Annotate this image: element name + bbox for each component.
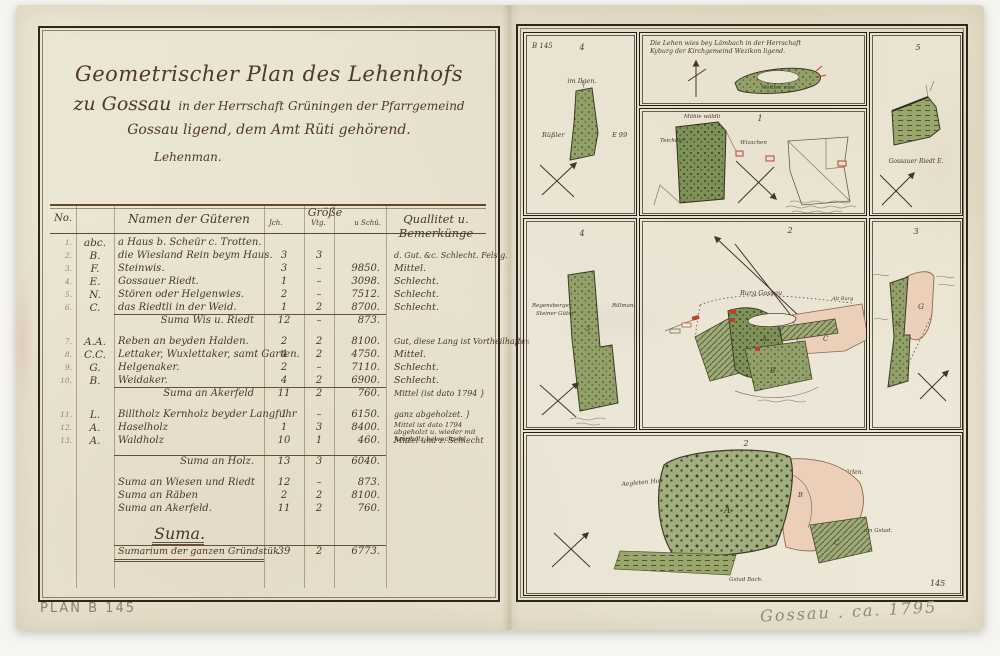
table-row: Suma an Akerfeld. 11 2 760.	[50, 503, 486, 516]
map-panel-gossauer-riedt: 5 Gossauer Riedt E.	[869, 32, 963, 216]
row-schuh: 6773.	[334, 546, 386, 562]
panel-number: 5	[915, 43, 920, 52]
parcel-letter: 5	[586, 325, 591, 333]
panel-title-line-1: Die Lehen wies bey Lämbach in der Herrsc…	[649, 40, 801, 47]
right-neighbour-label: E 99	[611, 131, 627, 139]
ilgen-map: B 145 4 im Ilgen. Rüßler E 99	[524, 33, 636, 215]
row-parcel-name: Suma an Räben	[114, 490, 264, 503]
left-neighbour-label-1: Regensberger	[531, 303, 572, 309]
map-panel-gh-parcels: 3 G H	[869, 218, 963, 430]
strip-parcel-map: 4 5 Regensberger Steiner Güter Rillmani	[524, 219, 636, 429]
row-number: 5.	[50, 289, 76, 302]
compass-icon	[688, 61, 706, 97]
row-vierling: 1	[304, 435, 334, 448]
row-letter: F.	[76, 263, 114, 276]
map-panel-burg-gossau: 2 Burg Gossau Alt Burg	[639, 218, 867, 430]
row-schuh: 6040.	[334, 456, 386, 469]
grass-strip	[614, 551, 736, 575]
row-jucharten: 2	[264, 289, 304, 302]
row-letter	[76, 477, 114, 490]
row-number	[50, 524, 76, 546]
row-letter	[76, 315, 114, 328]
table-row: Suma Wis u. Riedt 12 – 873.	[50, 315, 486, 328]
row-jucharten: 39	[264, 546, 304, 562]
table-row: 4. E. Gossauer Riedt. 1 – 3098. Schlecht…	[50, 276, 486, 289]
row-quality	[386, 490, 486, 503]
caption-script	[758, 400, 806, 402]
row-number	[50, 315, 76, 328]
forest-parcel-a	[659, 450, 793, 556]
row-vierling: 2	[304, 388, 334, 401]
table-row: Suma an Räben 2 2 8100.	[50, 490, 486, 503]
row-schuh: 760.	[334, 503, 386, 516]
right-neighbour-label: Wizachen	[740, 140, 767, 146]
row-letter: E.	[76, 276, 114, 289]
row-letter	[76, 503, 114, 516]
row-letter: C.	[76, 302, 114, 315]
panel-number: 1	[757, 114, 762, 123]
row-letter: A.A.	[76, 336, 114, 349]
parcel-letter-a: A	[761, 335, 767, 343]
row-quality	[386, 237, 486, 250]
panel-title-line-2: Kyburg der Kirchgemeind Wezikon ligend.	[649, 48, 785, 55]
row-quality: Schlecht.	[386, 276, 486, 289]
title-line-2: zu Gossauin der Herrschaft Grüningen der…	[62, 93, 476, 115]
muehlewaeldli-map: 1 Mühle wäldli Teicholz. Wizachen	[640, 109, 866, 215]
map-panel-allmend: 2 Gossauer Allmend. Aegleten Holz. Haus …	[523, 432, 963, 596]
row-number: 7.	[50, 336, 76, 349]
row-quality: Schlecht.	[386, 362, 486, 375]
row-number	[50, 477, 76, 490]
row-number	[50, 490, 76, 503]
row-vierling: 2	[304, 349, 334, 362]
row-number: 6.	[50, 302, 76, 315]
row-schuh: 7512.	[334, 289, 386, 302]
row-quality: d. Gut. &c. Schlecht. Felsig.	[386, 250, 508, 263]
left-page-frame: Geometrischer Plan des Lehenhofs zu Goss…	[38, 26, 500, 602]
row-parcel-name: Suma an Wiesen und Riedt	[114, 477, 264, 490]
title-line-3: Gossau ligend, dem Amt Rüti gehörend.	[62, 122, 476, 138]
row-parcel-name: Billtholz Kernholz beyder Langfuhr	[114, 409, 264, 422]
row-letter	[76, 524, 114, 546]
outline-parcel	[788, 137, 850, 205]
row-letter	[76, 456, 114, 469]
row-quality: Mittel und z. Schlecht	[386, 435, 486, 448]
row-jucharten: 12	[264, 477, 304, 490]
title-place: zu Gossau	[73, 93, 171, 115]
row-letter: N.	[76, 289, 114, 302]
row-number	[50, 456, 76, 469]
title-subtitle: Lehenman.	[154, 150, 476, 164]
parcel-letter-h: H	[894, 321, 901, 328]
header-vierling: Vtg.	[311, 219, 326, 227]
caption-script	[786, 201, 856, 213]
row-jucharten: 2	[264, 336, 304, 349]
row-jucharten: 3	[264, 250, 304, 263]
header-size-units: Jch. Vtg. u Schü.	[264, 219, 386, 227]
scanned-historic-plan: Geometrischer Plan des Lehenhofs zu Goss…	[0, 0, 1000, 656]
row-quality: Mittel (ist dato 1794 }	[386, 388, 486, 401]
caption-script	[570, 418, 606, 425]
row-schuh	[334, 237, 386, 250]
row-number: 3.	[50, 263, 76, 276]
gstad-label: am Gstad.	[864, 528, 892, 534]
header-jucharten: Jch.	[269, 219, 282, 227]
header-name: Namen der Güteren	[114, 212, 264, 226]
gh-parcels-map: 3 G H	[870, 219, 962, 429]
row-vierling: –	[304, 315, 334, 328]
compass-icon	[552, 533, 590, 567]
map-panel-ilgen: B 145 4 im Ilgen. Rüßler E 99	[523, 32, 637, 216]
row-quality	[386, 524, 486, 546]
row-number: 13.	[50, 435, 76, 448]
row-quality	[386, 315, 486, 328]
row-vierling: –	[304, 276, 334, 289]
table-body: 1. abc. a Haus b. Scheür c. Trotten. 2. …	[50, 237, 486, 559]
row-schuh: 8100.	[334, 336, 386, 349]
row-jucharten: 1	[264, 276, 304, 289]
row-vierling: –	[304, 289, 334, 302]
row-vierling: 3	[304, 250, 334, 263]
row-number: 2.	[50, 250, 76, 263]
stain	[12, 275, 34, 405]
table-row: Sumarium der ganzen Gründstük 39 2 6773.	[50, 546, 486, 559]
parcel-letter-c: C	[823, 335, 829, 343]
row-quality	[386, 456, 486, 469]
table-row: 12. A. Haselholz 1 3 8400. Mittel ist da…	[50, 422, 486, 435]
allmend-map: 2 Gossauer Allmend. Aegleten Holz. Haus …	[524, 433, 962, 595]
row-number: 8.	[50, 349, 76, 362]
table-row: Suma an Wiesen und Riedt 12 – 873.	[50, 477, 486, 490]
row-schuh: 6150.	[334, 409, 386, 422]
header-quality: Quallitet u. Bemerkünge	[386, 212, 486, 240]
row-parcel-name: Suma an Akerfeld	[114, 388, 264, 401]
map-panel-lehenwies: Die Lehen wies bey Lämbach in der Herrsc…	[639, 32, 867, 106]
archive-corner-label: B 145	[531, 42, 553, 50]
row-parcel-name: Suma.	[114, 524, 264, 546]
row-jucharten	[264, 524, 304, 546]
row-vierling: 2	[304, 490, 334, 503]
row-vierling	[304, 237, 334, 250]
row-jucharten: 4	[264, 349, 304, 362]
row-schuh	[334, 524, 386, 546]
row-parcel-name: Waldholz	[114, 435, 264, 448]
green-parcel	[570, 80, 598, 160]
row-parcel-name: Suma an Akerfeld.	[114, 503, 264, 516]
row-jucharten: 11	[264, 388, 304, 401]
left-neighbour-label: Rüßler	[541, 131, 565, 139]
green-strip-parcel	[568, 271, 618, 411]
parcel-letter-a: A	[723, 506, 731, 516]
table-row: 5. N. Stören oder Helgenwies. 2 – 7512. …	[50, 289, 486, 302]
row-quality	[386, 477, 486, 490]
row-quality: Schlecht.	[386, 375, 486, 388]
page-number: 145	[930, 579, 945, 588]
burg-gossau-map: 2 Burg Gossau Alt Burg	[640, 219, 866, 429]
parcel-letter-g: G	[918, 302, 924, 311]
row-schuh: 760.	[334, 388, 386, 401]
row-number: 1.	[50, 237, 76, 250]
table-row: Suma.	[50, 524, 486, 546]
title-line-1: Geometrischer Plan des Lehenhofs	[62, 62, 476, 86]
panel-number: 2	[742, 439, 748, 448]
row-jucharten: 12	[264, 315, 304, 328]
gossauer-riedt-map: 5 Gossauer Riedt E.	[870, 33, 962, 215]
row-parcel-name: a Haus b. Scheür c. Trotten.	[114, 237, 264, 250]
row-schuh	[334, 250, 386, 263]
table-row: 3. F. Steinwis. 3 – 9850. Mittel.	[50, 263, 486, 276]
stream-line	[735, 387, 818, 398]
header-size: Größe Jch. Vtg. u Schü.	[264, 207, 386, 227]
row-letter	[76, 388, 114, 401]
table-row: 9. G. Helgenaker. 2 – 7110. Schlecht.	[50, 362, 486, 375]
panel-number: 4	[578, 43, 584, 52]
row-jucharten: 2	[264, 362, 304, 375]
row-vierling: 3	[304, 456, 334, 469]
row-letter: C.C.	[76, 349, 114, 362]
row-vierling: –	[304, 409, 334, 422]
row-quality: Gut, diese Lang ist Vortheilhaftes	[386, 336, 530, 349]
row-letter: B.	[76, 375, 114, 388]
row-quality: Mittel.	[386, 349, 486, 362]
row-number: 10.	[50, 375, 76, 388]
map-panel-muehlewaeldli: 1 Mühle wäldli Teicholz. Wizachen	[639, 108, 867, 216]
panel-number: 4	[578, 229, 584, 238]
row-schuh: 7110.	[334, 362, 386, 375]
header-schuh: u Schü.	[354, 219, 381, 227]
header-no: No.	[50, 213, 76, 224]
row-schuh: 873.	[334, 477, 386, 490]
row-parcel-name: Helgenaker.	[114, 362, 264, 375]
compass-icon	[918, 371, 948, 401]
row-letter	[76, 546, 114, 562]
row-jucharten: 2	[264, 490, 304, 503]
row-quality	[386, 546, 486, 562]
table-row: 2. B. die Wiesland Rein beym Haus. 3 3 d…	[50, 250, 486, 263]
row-quality: Mittel.	[386, 263, 486, 276]
panel-number: 2	[786, 226, 792, 235]
table-row: 8. C.C. Lettaker, Wuxlettaker, samt Gart…	[50, 349, 486, 362]
row-schuh: 3098.	[334, 276, 386, 289]
row-parcel-name: Stören oder Helgenwies.	[114, 289, 264, 302]
row-schuh: 8100.	[334, 490, 386, 503]
row-vierling: –	[304, 263, 334, 276]
row-parcel-name: Lettaker, Wuxlettaker, samt Garten.	[114, 349, 264, 362]
row-vierling: 2	[304, 503, 334, 516]
row-vierling: –	[304, 362, 334, 375]
right-place-label: Alt Burg	[831, 296, 853, 302]
left-neighbour-label-2: Steiner Güter	[536, 311, 575, 317]
table-row: 7. A.A. Reben an beyden Halden. 2 2 8100…	[50, 336, 486, 349]
row-jucharten: 3	[264, 263, 304, 276]
table-row: Suma an Akerfeld 11 2 760. Mittel (ist d…	[50, 388, 486, 401]
row-number	[50, 546, 76, 562]
row-parcel-name: Suma Wis u. Riedt	[114, 315, 264, 328]
row-vierling: 2	[304, 336, 334, 349]
parcel-letter-c: C	[834, 539, 840, 547]
row-number: 9.	[50, 362, 76, 375]
row-schuh: 4750.	[334, 349, 386, 362]
row-letter	[76, 490, 114, 503]
table-row: Suma an Holz. 13 3 6040.	[50, 456, 486, 469]
row-jucharten: 1	[264, 409, 304, 422]
row-letter: abc.	[76, 237, 114, 250]
land-register-table: No. Namen der Güteren Größe Jch. Vtg. u …	[50, 204, 486, 592]
building-markers	[736, 151, 774, 161]
row-number	[50, 388, 76, 401]
row-jucharten: 11	[264, 503, 304, 516]
row-letter: B.	[76, 250, 114, 263]
archive-plan-label: PLAN B 145	[40, 601, 136, 616]
parcel-caption: Gossauer Riedt E.	[889, 158, 944, 165]
row-schuh: 460.	[334, 435, 386, 448]
parcel-letter-b: B	[797, 491, 803, 499]
lehenwies-map: Die Lehen wies bey Lämbach in der Herrsc…	[640, 33, 866, 105]
wooded-parcel	[676, 122, 726, 203]
table-row: 13. A. Waldholz 10 1 460. Mittel und z. …	[50, 435, 486, 448]
parcel-top-label: Mühle wäldli	[683, 114, 721, 120]
parcel-letter-b: B	[769, 367, 775, 375]
row-number: 4.	[50, 276, 76, 289]
row-jucharten	[264, 237, 304, 250]
hatched-parcel-c	[810, 517, 872, 563]
row-letter: G.	[76, 362, 114, 375]
compass-icon	[736, 161, 776, 203]
compass-icon	[540, 163, 576, 197]
map-panel-strip-parcel: 4 5 Regensberger Steiner Güter Rillmani	[523, 218, 637, 430]
left-neighbour-label: Teicholz.	[660, 138, 685, 144]
row-jucharten: 13	[264, 456, 304, 469]
row-schuh: 9850.	[334, 263, 386, 276]
parcel-name-label: Mettlen wies	[760, 85, 795, 91]
row-parcel-name: Sumarium der ganzen Gründstük	[114, 546, 264, 562]
row-schuh: 873.	[334, 315, 386, 328]
title-line-2-rest: in der Herrschaft Grüningen der Pfarrgem…	[178, 99, 464, 113]
row-jucharten: 10	[264, 435, 304, 448]
row-vierling	[304, 524, 334, 546]
row-quality: Schlecht.	[386, 302, 486, 315]
row-quality: Schlecht.	[386, 289, 486, 302]
compass-icon	[880, 173, 914, 207]
row-parcel-name: Gossauer Riedt.	[114, 276, 264, 289]
row-vierling: 2	[304, 546, 334, 562]
row-parcel-name: Suma an Holz.	[114, 456, 264, 469]
right-neighbour-label: Rillmani	[611, 303, 635, 309]
map-title: Geometrischer Plan des Lehenhofs zu Goss…	[62, 62, 476, 164]
right-page-frame: B 145 4 im Ilgen. Rüßler E 99	[516, 24, 968, 602]
row-parcel-name: Steinwis.	[114, 263, 264, 276]
row-parcel-name: Reben an beyden Halden.	[114, 336, 264, 349]
row-letter: A.	[76, 435, 114, 448]
riedt-parcel	[892, 81, 940, 145]
bach-label: Gstad Bach.	[729, 577, 763, 583]
table-row: 1. abc. a Haus b. Scheür c. Trotten.	[50, 237, 486, 250]
row-letter: L.	[76, 409, 114, 422]
row-number	[50, 503, 76, 516]
panel-number: 3	[913, 227, 918, 236]
paper-sheet: Geometrischer Plan des Lehenhofs zu Goss…	[16, 5, 984, 630]
table-header: No. Namen der Güteren Größe Jch. Vtg. u …	[50, 204, 486, 234]
header-size-label: Größe	[264, 207, 386, 219]
row-quality	[386, 503, 486, 516]
row-vierling: –	[304, 477, 334, 490]
row-number: 11.	[50, 409, 76, 422]
row-parcel-name: die Wiesland Rein beym Haus.	[114, 250, 264, 263]
compass-icon	[540, 383, 578, 417]
